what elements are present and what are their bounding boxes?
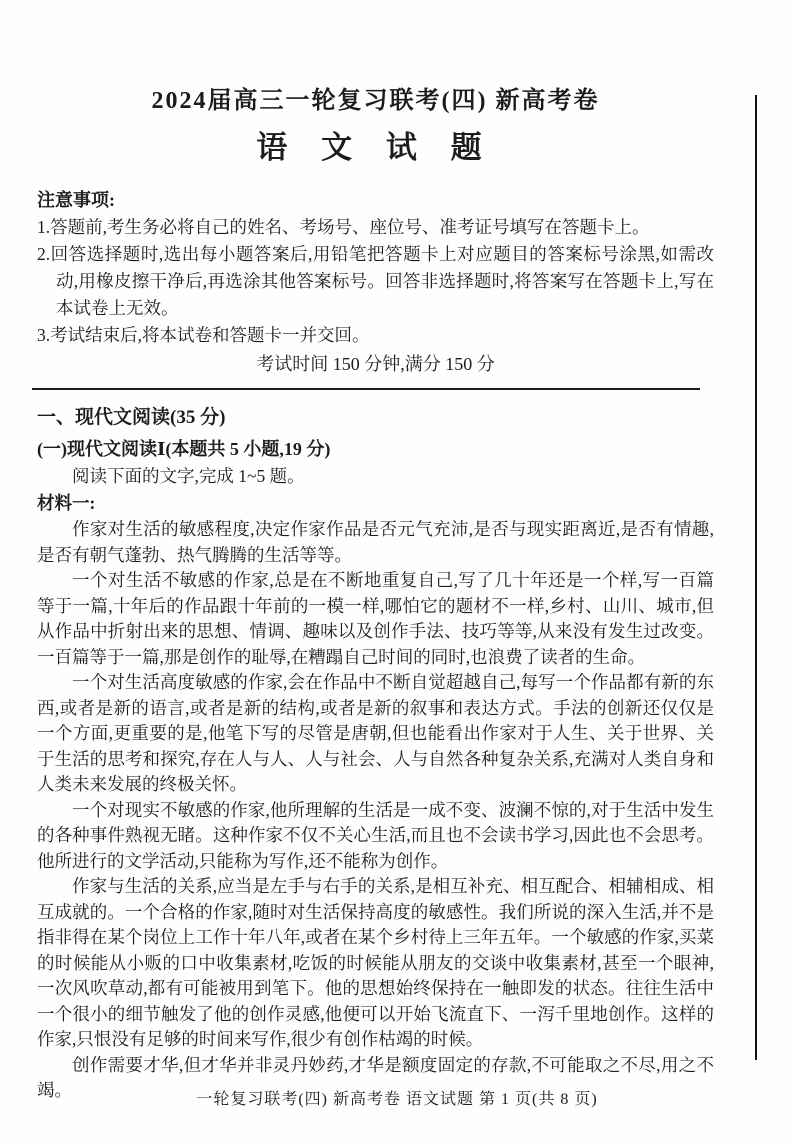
notice-item-3: 3.考试结束后,将本试卷和答题卡一并交回。 [37, 322, 714, 349]
page-footer: 一轮复习联考(四) 新高考卷 语文试题 第 1 页(共 8 页) [0, 1086, 794, 1109]
exam-duration-info: 考试时间 150 分钟,满分 150 分 [37, 351, 714, 378]
exam-subject-title: 语 文 试 题 [37, 122, 714, 167]
body-paragraph-1: 作家对生活的敏感程度,决定作家作品是否元气充沛,是否与现实距离近,是否有情趣,是… [37, 517, 714, 568]
body-paragraph-3: 一个对生活高度敏感的作家,会在作品中不断自觉超越自己,每写一个作品都有新的东西,… [37, 670, 714, 798]
material-label: 材料一: [37, 490, 714, 517]
body-paragraph-4: 一个对现实不敏感的作家,他所理解的生活是一成不变、波澜不惊的,对于生活中发生的各… [37, 798, 714, 875]
page-title: 2024届高三一轮复习联考(四) 新高考卷 [37, 80, 714, 115]
section-divider [32, 388, 700, 390]
subsection-heading: (一)现代文阅读Ⅰ(本题共 5 小题,19 分) [37, 436, 714, 463]
notice-heading: 注意事项: [37, 187, 714, 214]
section-heading: 一、现代文阅读(35 分) [37, 404, 714, 432]
notice-item-2: 2.回答选择题时,选出每小题答案后,用铅笔把答题卡上对应题目的答案标号涂黑,如需… [37, 241, 714, 322]
body-paragraph-5: 作家与生活的关系,应当是左手与右手的关系,是相互补充、相互配合、相辅相成、相互成… [37, 874, 714, 1053]
scan-edge-line [755, 95, 757, 1060]
notice-item-1: 1.答题前,考生务必将自己的姓名、考场号、座位号、准考证号填写在答题卡上。 [37, 214, 714, 241]
body-paragraph-2: 一个对生活不敏感的作家,总是在不断地重复自己,写了几十年还是一个样,写一百篇等于… [37, 568, 714, 670]
exam-paper-page: 2024届高三一轮复习联考(四) 新高考卷 语 文 试 题 注意事项: 1.答题… [0, 0, 794, 1144]
reading-instruction: 阅读下面的文字,完成 1~5 题。 [37, 463, 714, 490]
